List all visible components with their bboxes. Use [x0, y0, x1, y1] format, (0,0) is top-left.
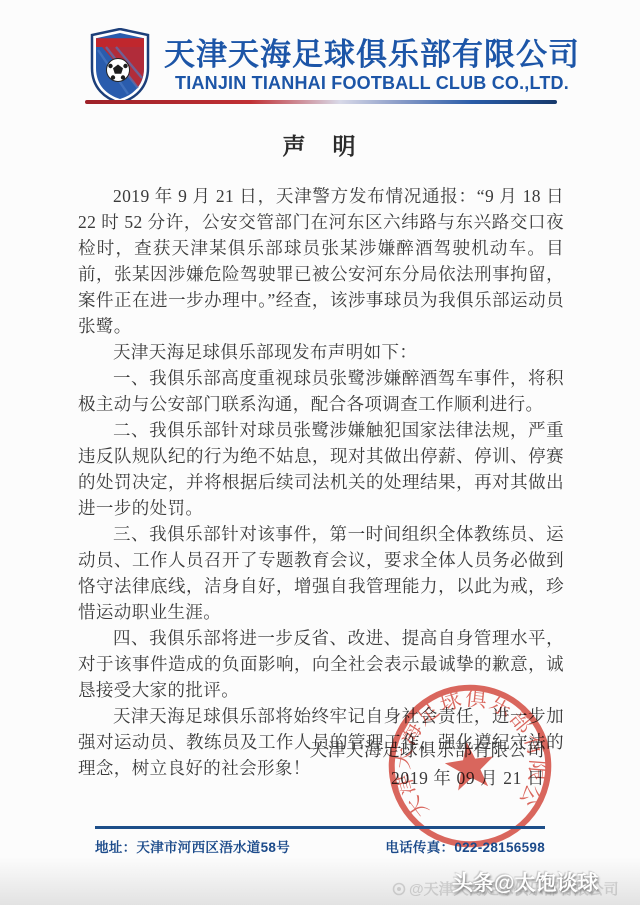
toutiao-watermark: 头条@太饱谈球: [452, 867, 598, 897]
phone-label: 电话传真：: [385, 840, 454, 855]
paragraph-item-3: 三、我俱乐部针对该事件，第一时间组织全体教练员、运动员、工作人员召开了专题教育会…: [78, 521, 564, 625]
phone-value: 022-28156598: [454, 840, 545, 855]
document-title: 声 明: [0, 128, 640, 161]
club-name-chinese: 天津天海足球俱乐部有限公司: [164, 39, 580, 72]
footer-divider: [95, 826, 545, 829]
address-label: 地址：: [95, 840, 136, 855]
footer-contact: 地址：天津市河西区浯水道58号 电话传真：022-28156598: [95, 836, 545, 856]
red-star-icon: [442, 739, 497, 792]
footer-phone: 电话传真：022-28156598: [385, 836, 545, 856]
header-divider-gradient: [85, 100, 557, 104]
paragraph-report: 2019 年 9 月 21 日，天津警方发布情况通报：“9 月 18 日 22 …: [78, 183, 564, 339]
official-red-seal: 天津天海足球俱乐部有限公司: [373, 669, 567, 863]
club-crest-logo: [88, 28, 152, 104]
statement-page: 天津天海足球俱乐部有限公司 TIANJIN TIANHAI FOOTBALL C…: [0, 0, 640, 905]
paragraph-intro: 天津天海足球俱乐部现发布声明如下：: [78, 339, 564, 365]
paragraph-item-1: 一、我俱乐部高度重视球员张鹭涉嫌醉酒驾车事件，将积极主动与公安部门联系沟通，配合…: [78, 365, 564, 417]
address-value: 天津市河西区浯水道58号: [136, 840, 290, 855]
club-name-english: TIANJIN TIANHAI FOOTBALL CLUB CO.,LTD.: [164, 74, 580, 93]
footer-address: 地址：天津市河西区浯水道58号: [95, 836, 290, 856]
club-name-block: 天津天海足球俱乐部有限公司 TIANJIN TIANHAI FOOTBALL C…: [164, 39, 580, 93]
paragraph-item-2: 二、我俱乐部针对球员张鹭涉嫌触犯国家法律法规，严重违反队规队纪的行为绝不姑息，现…: [78, 417, 564, 521]
weibo-icon: [392, 882, 406, 896]
letterhead: 天津天海足球俱乐部有限公司 TIANJIN TIANHAI FOOTBALL C…: [88, 28, 558, 104]
